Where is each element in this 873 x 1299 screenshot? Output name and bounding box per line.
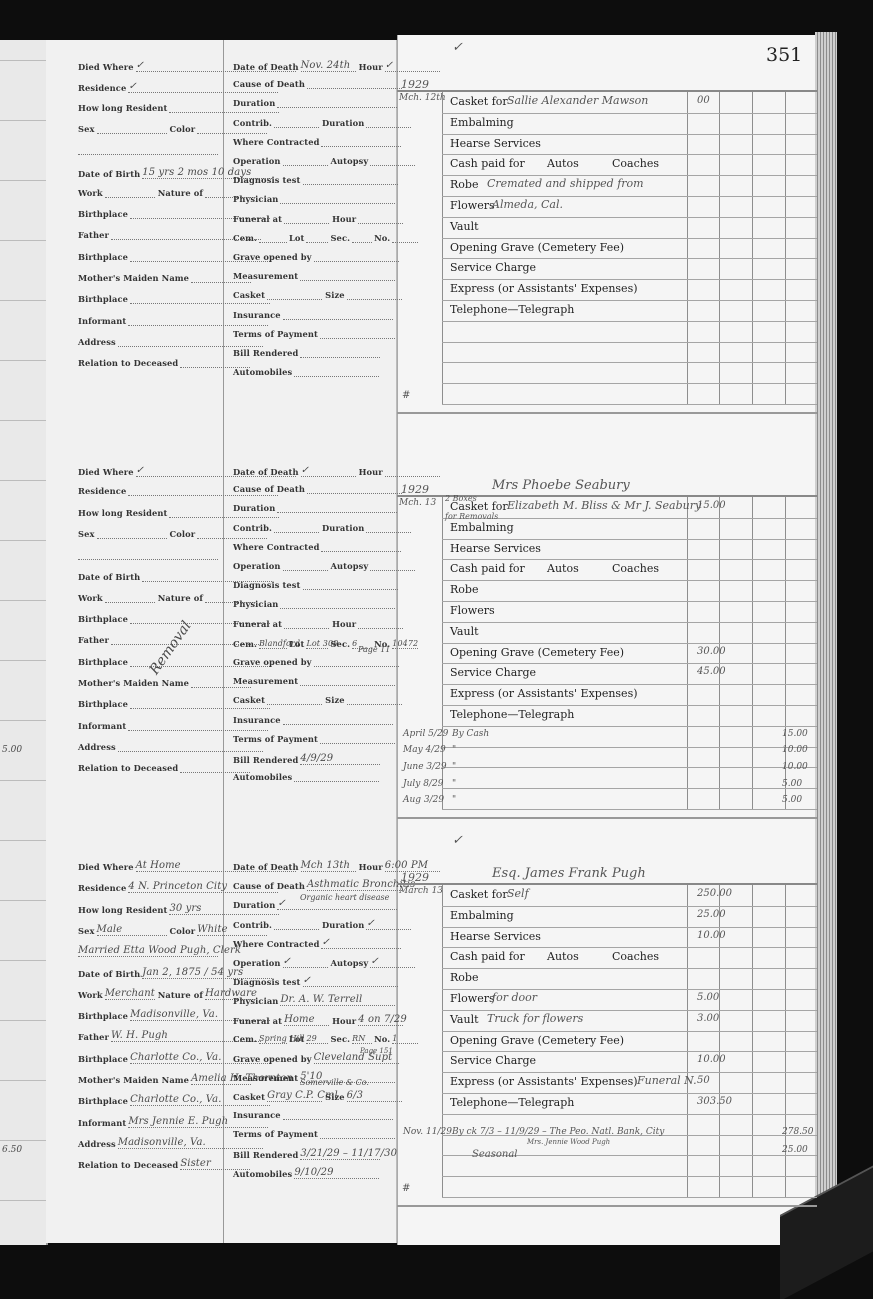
form-row: Insurance <box>233 1110 396 1120</box>
field-value: Sister <box>180 1158 211 1169</box>
field-label: Contrib. <box>233 523 272 533</box>
stub-rule <box>0 780 46 781</box>
field-input[interactable]: Lot 309 <box>306 638 328 649</box>
field-label: Insurance <box>233 310 281 320</box>
form-row: Where Contracted <box>233 137 404 147</box>
field-value: ✓ <box>277 898 285 909</box>
field-input[interactable] <box>300 685 395 686</box>
payment-amount: 15.00 <box>782 729 808 739</box>
field-input[interactable] <box>283 570 328 571</box>
field-value: 3/21/29 – 11/17/30 <box>300 1148 397 1159</box>
casket-note: for Removals <box>445 512 498 521</box>
field-input[interactable]: RN <box>352 1033 372 1044</box>
field-input[interactable] <box>283 319 393 320</box>
field-input[interactable] <box>130 303 270 304</box>
field-label: Birthplace <box>78 699 128 709</box>
field-input[interactable]: 29 <box>306 1033 328 1044</box>
form-row: Mother's Maiden Name <box>78 678 254 688</box>
field-label: Birthplace <box>78 614 128 624</box>
amount: 25.00 <box>697 909 726 920</box>
stub-rule <box>0 600 46 601</box>
column-line <box>687 885 688 1197</box>
field-value: Male <box>97 924 123 935</box>
payment-amount: 5.00 <box>782 779 802 789</box>
ledger-item-label: Autos <box>547 562 579 575</box>
ledger-item-label: Embalming <box>450 116 514 129</box>
ledger-rule <box>442 113 817 114</box>
field-input[interactable] <box>300 280 395 281</box>
field-label: Residence <box>78 486 126 496</box>
payment-desc2: Mrs. Jennie Wood Pugh <box>527 1138 610 1146</box>
ledger-rule <box>442 217 817 218</box>
ledger-rule <box>442 279 817 280</box>
field-value: 29 <box>306 1034 316 1043</box>
field-label: How long Resident <box>78 103 167 113</box>
stub-rule <box>0 660 46 661</box>
ledger-item-label: Autos <box>547 157 579 170</box>
form-row: Cause of DeathAsthmatic Bronchitis <box>233 879 405 891</box>
field-input[interactable]: Mch 13th <box>301 860 356 872</box>
field-label: Operation <box>233 958 281 968</box>
stub-rule <box>0 180 46 181</box>
field-input[interactable] <box>283 1119 393 1120</box>
field-input[interactable] <box>267 704 322 705</box>
field-label: Insurance <box>233 1110 281 1120</box>
ledger-item-label: Express (or Assistants' Expenses) <box>450 1075 638 1088</box>
field-value: 6 <box>352 639 357 648</box>
field-label: Sex <box>78 124 95 134</box>
field-label: Relation to Deceased <box>78 763 178 773</box>
field-input[interactable] <box>128 730 268 731</box>
field-label: Address <box>78 742 116 752</box>
page-reference: Page 151 <box>360 1047 393 1055</box>
ledger-rule <box>442 684 817 685</box>
field-label: Sec. <box>330 1034 350 1044</box>
form-row: Cem.LotSec.No. <box>233 233 420 243</box>
form-row: Funeral atHomeHour4 on 7/29 <box>233 1014 406 1026</box>
ledger-rule <box>442 767 817 768</box>
field-label: Contrib. <box>233 118 272 128</box>
item-note: Elizabeth M. Bliss & Mr J. Seabury <box>507 499 701 512</box>
field-input[interactable] <box>314 666 399 667</box>
form-row: Mother's Maiden Name <box>78 273 254 283</box>
field-value: W. H. Pugh <box>111 1030 168 1041</box>
form-row: Contrib.Duration <box>233 118 414 128</box>
field-label: Informant <box>78 316 126 326</box>
ledger-item-label: Robe <box>450 178 478 191</box>
field-label: Diagnosis test <box>233 175 301 185</box>
form-row: WorkNature of <box>78 593 258 603</box>
field-input[interactable] <box>280 203 395 204</box>
payment-date: April 5/29 <box>403 729 448 739</box>
form-row: WorkMerchantNature ofHardware <box>78 988 258 1000</box>
entry-date: March 13 <box>399 886 443 896</box>
field-input[interactable] <box>277 107 397 108</box>
field-input[interactable]: Spring Hill <box>259 1033 287 1044</box>
ledger-item-label: Robe <box>450 583 478 596</box>
field-value: ✓ <box>301 465 309 476</box>
field-label: Contrib. <box>233 920 272 930</box>
field-label: Nature of <box>158 990 203 1000</box>
field-label: Autopsy <box>331 561 369 571</box>
amount: 00 <box>697 95 710 106</box>
field-label: Date of Birth <box>78 169 140 179</box>
ledger-item-label: Coaches <box>612 157 659 170</box>
column-line <box>687 497 688 809</box>
stub-rule <box>0 720 46 721</box>
payment-date: Nov. 11/29 <box>403 1127 452 1137</box>
header-rule <box>397 883 817 885</box>
field-label: Died Where <box>78 467 134 477</box>
field-input[interactable] <box>169 517 279 518</box>
field-input[interactable]: ✓ <box>303 975 398 987</box>
field-input[interactable] <box>284 628 329 629</box>
field-input[interactable]: Merchant <box>105 988 155 1000</box>
payment-desc: " <box>452 779 456 789</box>
field-input[interactable] <box>97 133 167 134</box>
field-label: Date of Death <box>233 62 299 72</box>
field-value: Mch 13th <box>301 860 350 871</box>
field-value: Nov. 24th <box>301 60 351 71</box>
field-input[interactable]: Home <box>284 1014 329 1026</box>
ledger-rule <box>442 809 817 810</box>
ledger-item-label: Cash paid for <box>450 157 525 170</box>
stub-rule <box>0 300 46 301</box>
form-row: OperationAutopsy <box>233 561 418 571</box>
item-note: Funeral N. <box>637 1074 697 1087</box>
ledger-rule <box>442 1031 817 1032</box>
stub-rule <box>0 960 46 961</box>
field-label: Funeral at <box>233 214 282 224</box>
form-row: Where Contracted <box>233 542 404 552</box>
ledger-item-label: Hearse Services <box>450 930 541 943</box>
field-label: Grave opened by <box>233 252 312 262</box>
field-label: Lot <box>289 233 305 243</box>
field-input[interactable]: 4/9/29 <box>300 753 380 765</box>
field-label: Died Where <box>78 62 134 72</box>
field-label: Diagnosis test <box>233 580 301 590</box>
ledger-item-label: Embalming <box>450 521 514 534</box>
field-label: Mother's Maiden Name <box>78 273 189 283</box>
ledger-rule <box>442 1093 817 1094</box>
field-input[interactable] <box>306 242 328 243</box>
field-input[interactable] <box>128 495 278 496</box>
field-label: Measurement <box>233 271 298 281</box>
field-input[interactable] <box>197 133 267 134</box>
field-input[interactable] <box>191 687 251 688</box>
amount: 5.00 <box>697 992 719 1003</box>
field-input[interactable] <box>284 223 329 224</box>
payment-desc: By Cash <box>452 729 489 739</box>
field-value: ✓ <box>283 956 291 967</box>
field-input[interactable] <box>274 929 319 930</box>
field-label: Duration <box>322 523 364 533</box>
field-label: Mother's Maiden Name <box>78 678 189 688</box>
form-row: Relation to Deceased <box>78 763 253 773</box>
field-label: No. <box>374 1034 390 1044</box>
field-label: Color <box>170 124 196 134</box>
field-input[interactable] <box>259 242 287 243</box>
field-input[interactable]: Asthmatic Bronchitis <box>307 879 402 891</box>
field-label: Died Where <box>78 862 134 872</box>
field-label: Sec. <box>330 639 350 649</box>
field-input[interactable]: Dr. A. W. Terrell <box>280 994 395 1006</box>
form-row: Terms of Payment <box>233 329 398 339</box>
field-input[interactable] <box>277 512 397 513</box>
field-label: Terms of Payment <box>233 329 318 339</box>
field-label: Address <box>78 337 116 347</box>
field-input[interactable]: Gray C.P. Cml <box>267 1090 322 1102</box>
entry-year: 1929 <box>401 483 429 496</box>
form-row: Physician <box>233 194 398 204</box>
stub-rule <box>0 540 46 541</box>
field-input[interactable] <box>303 589 398 590</box>
field-input[interactable] <box>307 493 402 494</box>
field-label: Hour <box>332 214 356 224</box>
ledger-rule <box>442 342 817 343</box>
form-row: CasketSize <box>233 695 405 705</box>
field-input[interactable] <box>321 146 401 147</box>
field-label: Cem. <box>233 639 257 649</box>
field-label: Date of Birth <box>78 969 140 979</box>
field-label: Informant <box>78 1118 126 1128</box>
form-row: Bill Rendered4/9/29 <box>233 753 383 765</box>
column-line <box>442 885 443 1197</box>
ledger-rule <box>442 258 817 259</box>
ledger-item-label: Vault <box>450 1013 479 1026</box>
field-line <box>78 559 218 560</box>
payment-desc: By ck 7/3 – 11/9/29 – The Peo. Natl. Ban… <box>452 1127 664 1137</box>
check-mark: ✓ <box>452 833 463 848</box>
field-label: Mother's Maiden Name <box>78 1075 189 1085</box>
field-input[interactable] <box>105 197 155 198</box>
field-value: Madisonville, Va. <box>118 1137 206 1148</box>
column-line <box>752 92 753 404</box>
field-input[interactable] <box>169 112 279 113</box>
field-input[interactable] <box>118 346 263 347</box>
ledger-item-label: Telephone—Telegraph <box>450 708 574 721</box>
field-input[interactable] <box>347 704 402 705</box>
field-value: Jan 2, 1875 / 54 yrs <box>142 967 243 978</box>
ledger-rule <box>442 1010 817 1011</box>
item-note: Sallie Alexander Mawson <box>507 94 648 107</box>
form-row: Automobiles <box>233 367 382 377</box>
ledger-rule <box>442 1197 817 1198</box>
field-label: Terms of Payment <box>233 734 318 744</box>
field-label: Birthplace <box>78 1054 128 1064</box>
field-input[interactable] <box>283 724 393 725</box>
entry-date: Mch. 13 <box>399 498 436 508</box>
field-input[interactable]: 6/3 <box>347 1090 402 1102</box>
field-input[interactable]: ✓ <box>301 465 356 477</box>
field-input[interactable] <box>118 751 263 752</box>
field-label: Informant <box>78 721 126 731</box>
field-input[interactable] <box>191 282 251 283</box>
stub-rule <box>0 120 46 121</box>
field-input[interactable]: Male <box>97 924 167 936</box>
column-line <box>719 92 720 404</box>
form-row: Married Etta Wood Pugh, Clerk <box>78 945 218 957</box>
field-input[interactable] <box>274 127 319 128</box>
ledger-rule <box>442 154 817 155</box>
stub-rule <box>0 360 46 361</box>
field-input[interactable]: 9/10/29 <box>294 1167 379 1179</box>
check-mark: ✓ <box>452 40 463 55</box>
field-input[interactable] <box>321 551 401 552</box>
field-input[interactable] <box>294 781 379 782</box>
field-value: ✓ <box>385 60 393 71</box>
ledger-rule <box>442 705 817 706</box>
field-input[interactable] <box>105 602 155 603</box>
field-input[interactable] <box>274 532 319 533</box>
field-label: Bill Rendered <box>233 348 298 358</box>
ledger-item-label: Service Charge <box>450 666 536 679</box>
field-label: Where Contracted <box>233 939 319 949</box>
payment-amount: 278.50 <box>782 1127 814 1137</box>
field-label: Funeral at <box>233 1016 282 1026</box>
amount: 15.00 <box>697 500 726 511</box>
field-value: ✓ <box>303 975 311 986</box>
field-input[interactable]: ✓ <box>283 956 328 968</box>
field-label: Casket <box>233 1092 265 1102</box>
ledger-item-label: Embalming <box>450 909 514 922</box>
payment-amount: 5.00 <box>782 795 802 805</box>
ledger-rule <box>442 383 817 384</box>
column-line <box>442 92 443 404</box>
field-input[interactable] <box>128 325 268 326</box>
page-edges <box>815 32 837 1242</box>
casket-note: Somerville & Co. <box>300 1078 369 1087</box>
end-mark: # <box>402 390 410 401</box>
field-input[interactable] <box>320 743 395 744</box>
field-label: Duration <box>322 920 364 930</box>
payment-date: June 3/29 <box>403 762 447 772</box>
ledger-item-label: Robe <box>450 971 478 984</box>
field-input[interactable]: Blandford <box>259 638 287 649</box>
stub-rule <box>0 480 46 481</box>
ledger-item-label: Coaches <box>612 562 659 575</box>
field-line: Married Etta Wood Pugh, Clerk <box>78 945 218 957</box>
item-note: Self <box>507 887 529 900</box>
field-label: Nature of <box>158 188 203 198</box>
field-value: 9/10/29 <box>294 1167 333 1178</box>
field-label: Hour <box>332 1016 356 1026</box>
field-label: Sex <box>78 529 95 539</box>
ledger-item-label: Opening Grave (Cemetery Fee) <box>450 646 624 659</box>
field-input[interactable] <box>314 261 399 262</box>
form-row: Measurement <box>233 271 398 281</box>
field-label: Cause of Death <box>233 79 305 89</box>
field-input[interactable] <box>307 88 402 89</box>
field-label: Duration <box>233 98 275 108</box>
entry-bottom-rule <box>397 817 817 819</box>
field-value[interactable]: Married Etta Wood Pugh, Clerk <box>78 945 241 956</box>
ledger-item-label: Express (or Assistants' Expenses) <box>450 282 638 295</box>
field-value: ✓ <box>366 918 374 929</box>
field-input[interactable] <box>347 299 402 300</box>
field-input[interactable] <box>352 242 372 243</box>
field-label: Physician <box>233 194 278 204</box>
field-input[interactable] <box>283 165 328 166</box>
field-value: ✓ <box>128 81 136 92</box>
field-value: 4/9/29 <box>300 753 333 764</box>
field-input[interactable] <box>300 357 380 358</box>
field-input[interactable] <box>97 538 167 539</box>
field-input[interactable] <box>197 538 267 539</box>
form-row: CasketSize <box>233 290 405 300</box>
form-row: Relation to DeceasedSister <box>78 1158 253 1170</box>
field-input[interactable] <box>320 338 395 339</box>
form-row: Contrib.Duration✓ <box>233 918 414 930</box>
ledger-item-label: Cash paid for <box>450 562 525 575</box>
field-value: RN <box>352 1034 365 1043</box>
page-reference: Page 11 <box>358 645 390 654</box>
casket-note: 2 Boxes <box>445 494 477 503</box>
amount: 250.00 <box>697 888 732 899</box>
field-input[interactable]: Nov. 24th <box>301 60 356 72</box>
deceased-name: Mrs Phoebe Seabury <box>492 478 630 493</box>
field-label: Diagnosis test <box>233 977 301 987</box>
field-value: 4 N. Princeton City <box>128 881 227 892</box>
previous-page-stub <box>0 40 48 1245</box>
form-row: Duration <box>233 98 400 108</box>
field-label: No. <box>374 233 390 243</box>
field-label: Work <box>78 593 103 603</box>
field-label: Relation to Deceased <box>78 358 178 368</box>
field-input[interactable] <box>267 299 322 300</box>
ledger-item-label: Cash paid for <box>450 950 525 963</box>
field-input[interactable] <box>320 1138 395 1139</box>
item-note: Truck for flowers <box>487 1012 583 1025</box>
ledger-item-label: Flowers <box>450 992 495 1005</box>
field-input[interactable] <box>294 376 379 377</box>
form-row: Funeral atHour <box>233 214 406 224</box>
ledger-item-label: Casket for <box>450 95 508 108</box>
entry-date: Mch. 12th <box>399 93 446 103</box>
field-value: 30 yrs <box>169 903 201 914</box>
field-label: Automobiles <box>233 772 292 782</box>
field-input[interactable]: 3/21/29 – 11/17/30 <box>300 1148 380 1160</box>
payment-desc: " <box>452 762 456 772</box>
field-input[interactable] <box>130 708 270 709</box>
form-row: Automobiles9/10/29 <box>233 1167 382 1179</box>
form-row <box>78 550 218 560</box>
field-value: ✓ <box>136 465 144 476</box>
stub-rule <box>0 900 46 901</box>
form-row: Contrib.Duration <box>233 523 414 533</box>
field-input[interactable] <box>303 184 398 185</box>
field-label: Father <box>78 635 109 645</box>
field-label: Hour <box>359 862 383 872</box>
ledger-rule <box>442 580 817 581</box>
ledger-rule <box>442 404 817 405</box>
form-row: Diagnosis test <box>233 175 401 185</box>
ledger-rule <box>442 601 817 602</box>
form-row: Terms of Payment <box>233 1129 398 1139</box>
field-input[interactable]: ✓ <box>321 937 401 949</box>
payment-desc3: Seasonal <box>472 1149 517 1160</box>
entry-bottom-rule <box>397 412 817 414</box>
field-label: Physician <box>233 599 278 609</box>
field-input[interactable] <box>280 608 395 609</box>
field-label: Address <box>78 1139 116 1149</box>
ledger-rule <box>442 788 817 789</box>
field-value: Madisonville, Va. <box>130 1009 218 1020</box>
ledger-rule <box>442 947 817 948</box>
amount: 10.00 <box>697 1054 726 1065</box>
ledger-rule <box>442 747 817 748</box>
form-row <box>78 145 218 155</box>
